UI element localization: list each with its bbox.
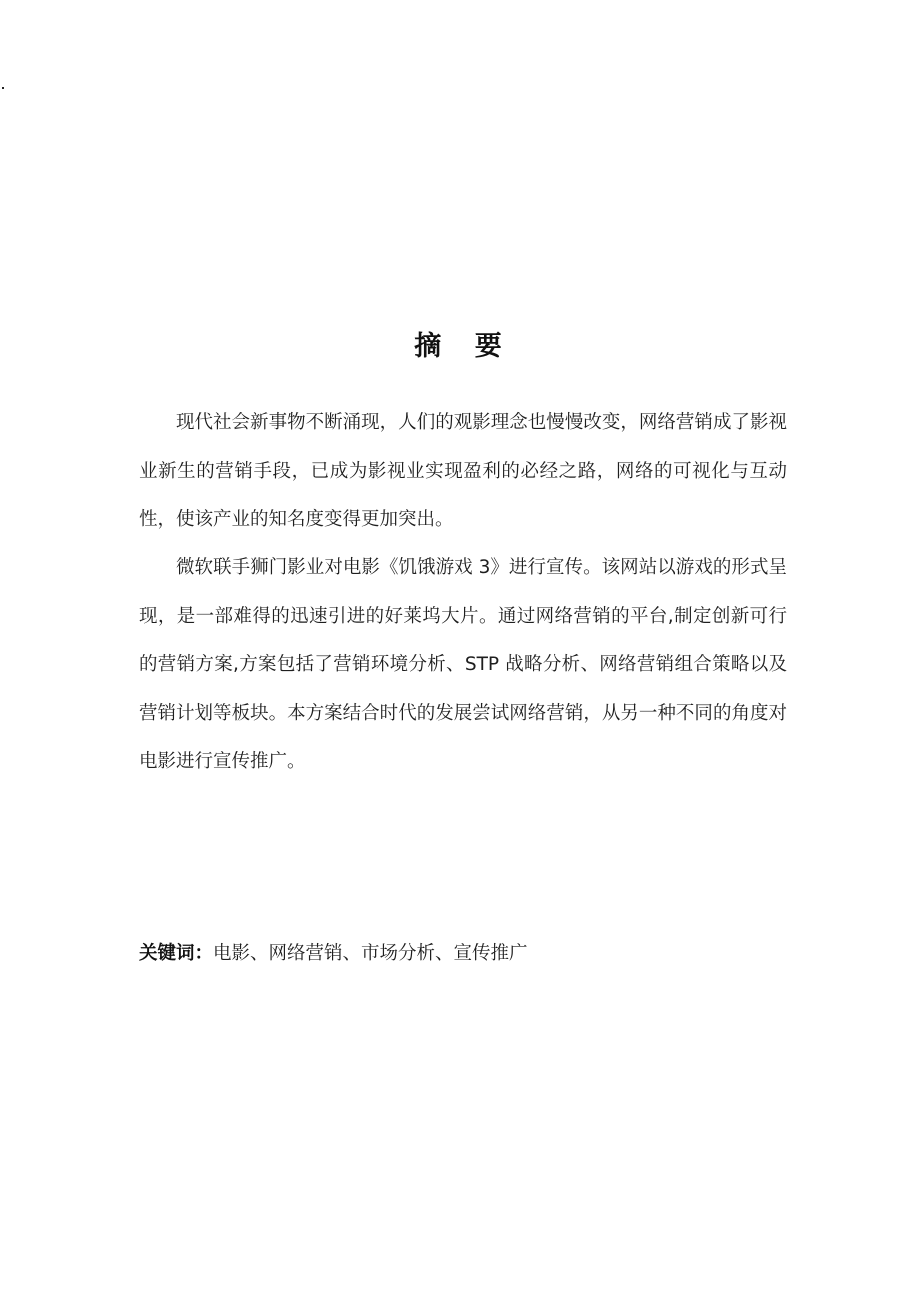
abstract-title: 摘 要 [0,327,920,367]
abstract-paragraph-1: 现代社会新事物不断涌现，人们的观影理念也慢慢改变，网络营销成了影视业新生的营销手… [139,399,787,545]
page-marker-dot [2,87,4,89]
paragraph-text: 微软联手狮门影业对电影《饥饿游戏 3》进行宣传。该网站以游戏的形式呈现，是一部难… [139,544,787,787]
abstract-paragraph-2: 微软联手狮门影业对电影《饥饿游戏 3》进行宣传。该网站以游戏的形式呈现，是一部难… [139,544,787,787]
keywords-value: 电影、网络营销、市场分析、宣传推广 [213,943,528,964]
keywords-line: 关键词：电影、网络营销、市场分析、宣传推广 [139,938,528,970]
keywords-label: 关键词： [139,943,213,964]
paragraph-text: 现代社会新事物不断涌现，人们的观影理念也慢慢改变，网络营销成了影视业新生的营销手… [139,399,787,545]
